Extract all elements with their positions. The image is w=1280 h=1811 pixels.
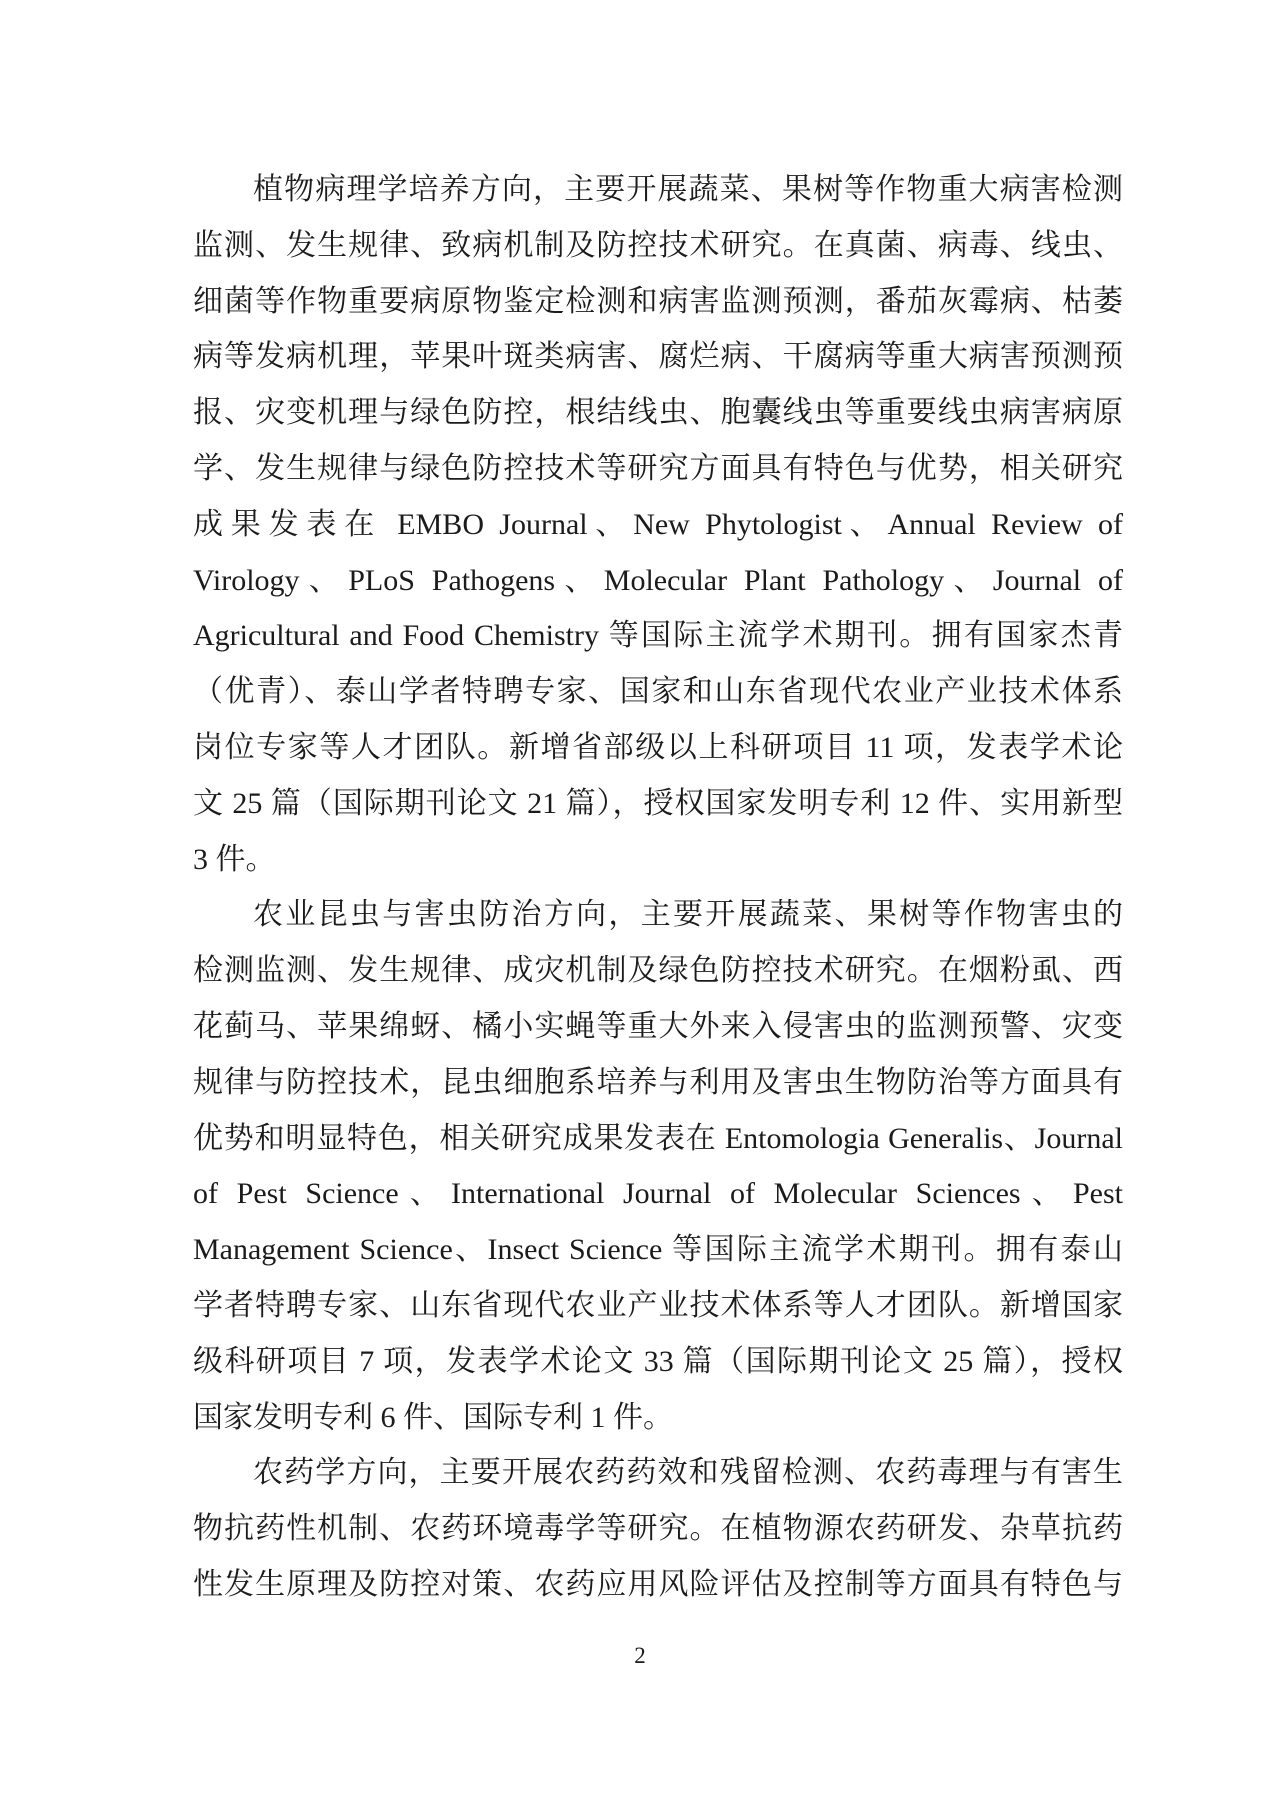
text-line: 性发生原理及防控对策、农药应用风险评估及控制等方面具有特色与 bbox=[193, 1557, 1123, 1613]
paragraph-pesticide-science: 农药学方向，主要开展农药药效和残留检测、农药毒理与有害生 物抗药性机制、农药环境… bbox=[193, 1445, 1123, 1612]
paragraph-plant-pathology: 植物病理学培养方向，主要开展蔬菜、果树等作物重大病害检测 监测、发生规律、致病机… bbox=[193, 162, 1123, 887]
text-line: 优势和明显特色，相关研究成果发表在 Entomologia Generalis、… bbox=[193, 1111, 1123, 1167]
text-line: 监测、发生规律、致病机制及防控技术研究。在真菌、病毒、线虫、 bbox=[193, 218, 1123, 274]
document-page-body: 植物病理学培养方向，主要开展蔬菜、果树等作物重大病害检测 监测、发生规律、致病机… bbox=[193, 162, 1123, 1613]
text-line: 报、灾变机理与绿色防控，根结线虫、胞囊线虫等重要线虫病害病原 bbox=[193, 385, 1123, 441]
text-line: 农业昆虫与害虫防治方向，主要开展蔬菜、果树等作物害虫的 bbox=[193, 887, 1123, 943]
text-line: Agricultural and Food Chemistry 等国际主流学术期… bbox=[193, 608, 1123, 664]
text-line: 病等发病机理，苹果叶斑类病害、腐烂病、干腐病等重大病害预测预 bbox=[193, 329, 1123, 385]
text-line: 学、发生规律与绿色防控技术等研究方面具有特色与优势，相关研究 bbox=[193, 441, 1123, 497]
text-line: 花蓟马、苹果绵蚜、橘小实蝇等重大外来入侵害虫的监测预警、灾变 bbox=[193, 999, 1123, 1055]
text-line: 3 件。 bbox=[193, 832, 1123, 888]
text-line: Management Science、Insect Science 等国际主流学… bbox=[193, 1222, 1123, 1278]
text-line: 成果发表在 EMBO Journal、New Phytologist、Annua… bbox=[193, 497, 1123, 553]
text-line: 国家发明专利 6 件、国际专利 1 件。 bbox=[193, 1390, 1123, 1446]
text-line: 检测监测、发生规律、成灾机制及绿色防控技术研究。在烟粉虱、西 bbox=[193, 943, 1123, 999]
text-line: 物抗药性机制、农药环境毒学等研究。在植物源农药研发、杂草抗药 bbox=[193, 1501, 1123, 1557]
text-line: 岗位专家等人才团队。新增省部级以上科研项目 11 项，发表学术论 bbox=[193, 720, 1123, 776]
text-line: of Pest Science、International Journal of… bbox=[193, 1166, 1123, 1222]
text-line: 植物病理学培养方向，主要开展蔬菜、果树等作物重大病害检测 bbox=[193, 162, 1123, 218]
text-line: 级科研项目 7 项，发表学术论文 33 篇（国际期刊论文 25 篇），授权 bbox=[193, 1334, 1123, 1390]
text-line: 细菌等作物重要病原物鉴定检测和病害监测预测，番茄灰霉病、枯萎 bbox=[193, 274, 1123, 330]
paragraph-entomology: 农业昆虫与害虫防治方向，主要开展蔬菜、果树等作物害虫的 检测监测、发生规律、成灾… bbox=[193, 887, 1123, 1445]
text-line: 规律与防控技术，昆虫细胞系培养与利用及害虫生物防治等方面具有 bbox=[193, 1055, 1123, 1111]
page-number: 2 bbox=[0, 1641, 1280, 1671]
text-line: （优青）、泰山学者特聘专家、国家和山东省现代农业产业技术体系 bbox=[193, 664, 1123, 720]
text-line: 学者特聘专家、山东省现代农业产业技术体系等人才团队。新增国家 bbox=[193, 1278, 1123, 1334]
text-line: 农药学方向，主要开展农药药效和残留检测、农药毒理与有害生 bbox=[193, 1445, 1123, 1501]
text-line: Virology、PLoS Pathogens、Molecular Plant … bbox=[193, 553, 1123, 609]
text-line: 文 25 篇（国际期刊论文 21 篇），授权国家发明专利 12 件、实用新型 bbox=[193, 776, 1123, 832]
